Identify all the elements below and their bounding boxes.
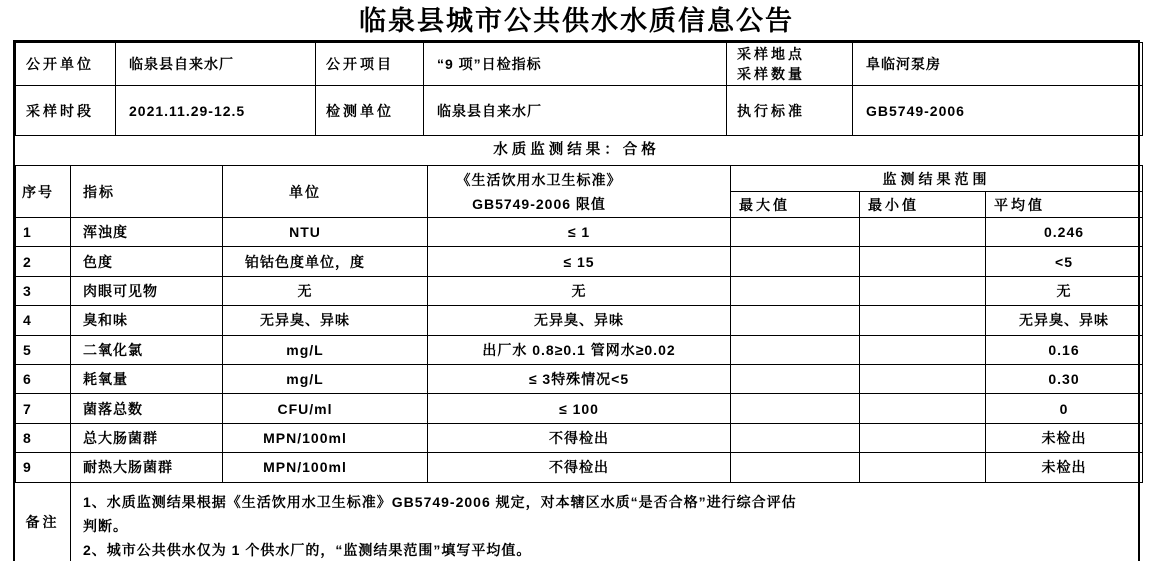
cell-min [860,306,986,335]
info-value-testing-unit: 临泉县自来水厂 [424,86,727,136]
cell-seq: 9 [16,453,71,482]
cell-seq: 4 [16,306,71,335]
cell-indicator: 臭和味 [71,306,223,335]
cell-max [731,306,860,335]
cell-indicator: 耗氧量 [71,364,223,393]
cell-indicator: 色度 [71,247,223,276]
cell-unit: 无异臭、异味 [223,306,428,335]
result-banner: 水质监测结果：合格 [15,136,1138,165]
cell-min [860,335,986,364]
col-header-min: 最小值 [860,192,986,218]
page-title: 临泉县城市公共供水水质信息公告 [0,0,1153,40]
info-label-public-unit: 公开单位 [16,43,116,86]
table-row: 7菌落总数CFU/ml≤ 1000 [16,394,1143,423]
cell-max [731,394,860,423]
cell-unit: MPN/100ml [223,423,428,452]
cell-unit: 铂钴色度单位，度 [223,247,428,276]
cell-max [731,218,860,247]
cell-min [860,453,986,482]
cell-min [860,364,986,393]
info-label-sampling-qty-line2: 采样数量 [737,64,852,84]
cell-seq: 1 [16,218,71,247]
col-header-indicator: 指标 [71,166,223,218]
cell-min [860,247,986,276]
cell-avg: <5 [986,247,1143,276]
info-label-public-item: 公开项目 [316,43,424,86]
cell-indicator: 菌落总数 [71,394,223,423]
cell-unit: NTU [223,218,428,247]
cell-max [731,423,860,452]
info-label-sampling-site-line1: 采样地点 [737,44,852,64]
cell-avg: 无 [986,276,1143,305]
cell-min [860,423,986,452]
info-value-public-item: “9 项”日检指标 [424,43,727,86]
col-header-max: 最大值 [731,192,860,218]
info-label-standard: 执行标准 [727,86,853,136]
remarks-text: 1、水质监测结果根据《生活饮用水卫生标准》GB5749-2006 规定，对本辖区… [71,483,1138,561]
col-header-range-group: 监测结果范围 [731,166,1143,192]
remarks-line-3: 2、城市公共供水仅为 1 个供水厂的，“监测结果范围”填写平均值。 [83,538,1132,561]
announcement-table-frame: 公开单位 临泉县自来水厂 公开项目 “9 项”日检指标 采样地点 采样数量 阜临… [13,40,1140,561]
cell-seq: 3 [16,276,71,305]
remarks-line-1: 1、水质监测结果根据《生活饮用水卫生标准》GB5749-2006 规定，对本辖区… [83,490,1132,514]
col-header-seq: 序号 [16,166,71,218]
cell-seq: 8 [16,423,71,452]
col-header-limit-line2: GB5749-2006 限值 [428,192,650,216]
cell-min [860,394,986,423]
cell-avg: 未检出 [986,423,1143,452]
cell-avg: 0 [986,394,1143,423]
cell-max [731,247,860,276]
cell-seq: 7 [16,394,71,423]
cell-limit: 不得检出 [428,453,731,482]
cell-limit: 不得检出 [428,423,731,452]
cell-unit: 无 [223,276,428,305]
col-header-avg: 平均值 [986,192,1143,218]
table-row: 3肉眼可见物无无无 [16,276,1143,305]
cell-max [731,453,860,482]
cell-min [860,218,986,247]
cell-max [731,276,860,305]
remarks-line-2: 判断。 [83,514,1132,538]
info-label-sampling-site: 采样地点 采样数量 [727,43,853,86]
cell-seq: 6 [16,364,71,393]
info-row: 采样时段 2021.11.29-12.5 检测单位 临泉县自来水厂 执行标准 G… [16,86,1143,136]
table-row: 2色度铂钴色度单位，度≤ 15<5 [16,247,1143,276]
col-header-limit-line1: 《生活饮用水卫生标准》 [428,168,650,192]
cell-limit: ≤ 3特殊情况<5 [428,364,731,393]
remarks-row: 备注 1、水质监测结果根据《生活饮用水卫生标准》GB5749-2006 规定，对… [15,483,1138,561]
table-row: 8总大肠菌群MPN/100ml不得检出未检出 [16,423,1143,452]
cell-avg: 0.246 [986,218,1143,247]
info-row: 公开单位 临泉县自来水厂 公开项目 “9 项”日检指标 采样地点 采样数量 阜临… [16,43,1143,86]
info-table: 公开单位 临泉县自来水厂 公开项目 “9 项”日检指标 采样地点 采样数量 阜临… [15,42,1143,136]
col-header-limit: 《生活饮用水卫生标准》 GB5749-2006 限值 [428,166,731,218]
info-value-sampling-period: 2021.11.29-12.5 [116,86,316,136]
cell-seq: 2 [16,247,71,276]
cell-indicator: 肉眼可见物 [71,276,223,305]
remarks-label: 备注 [15,483,71,561]
cell-unit: CFU/ml [223,394,428,423]
cell-max [731,335,860,364]
cell-indicator: 耐热大肠菌群 [71,453,223,482]
col-header-unit: 单位 [223,166,428,218]
cell-limit: 出厂水 0.8≥0.1 管网水≥0.02 [428,335,731,364]
table-row: 4臭和味无异臭、异味无异臭、异味无异臭、异味 [16,306,1143,335]
table-row: 6耗氧量mg/L≤ 3特殊情况<50.30 [16,364,1143,393]
cell-indicator: 二氧化氯 [71,335,223,364]
cell-limit: ≤ 100 [428,394,731,423]
results-table: 序号 指标 单位 《生活饮用水卫生标准》 GB5749-2006 限值 监测结果… [15,165,1143,483]
cell-unit: mg/L [223,364,428,393]
cell-avg: 0.30 [986,364,1143,393]
cell-seq: 5 [16,335,71,364]
cell-limit: 无异臭、异味 [428,306,731,335]
cell-unit: mg/L [223,335,428,364]
cell-indicator: 总大肠菌群 [71,423,223,452]
cell-limit: ≤ 1 [428,218,731,247]
cell-min [860,276,986,305]
cell-avg: 无异臭、异味 [986,306,1143,335]
table-row: 9耐热大肠菌群MPN/100ml不得检出未检出 [16,453,1143,482]
info-value-public-unit: 临泉县自来水厂 [116,43,316,86]
cell-limit: ≤ 15 [428,247,731,276]
cell-limit: 无 [428,276,731,305]
cell-avg: 0.16 [986,335,1143,364]
table-row: 1浑浊度NTU≤ 10.246 [16,218,1143,247]
cell-avg: 未检出 [986,453,1143,482]
info-label-testing-unit: 检测单位 [316,86,424,136]
cell-max [731,364,860,393]
table-row: 5二氧化氯mg/L出厂水 0.8≥0.1 管网水≥0.020.16 [16,335,1143,364]
info-value-sampling-site: 阜临河泵房 [853,43,1143,86]
cell-indicator: 浑浊度 [71,218,223,247]
cell-unit: MPN/100ml [223,453,428,482]
info-label-sampling-period: 采样时段 [16,86,116,136]
header-row-top: 序号 指标 单位 《生活饮用水卫生标准》 GB5749-2006 限值 监测结果… [16,166,1143,192]
info-value-standard: GB5749-2006 [853,86,1143,136]
